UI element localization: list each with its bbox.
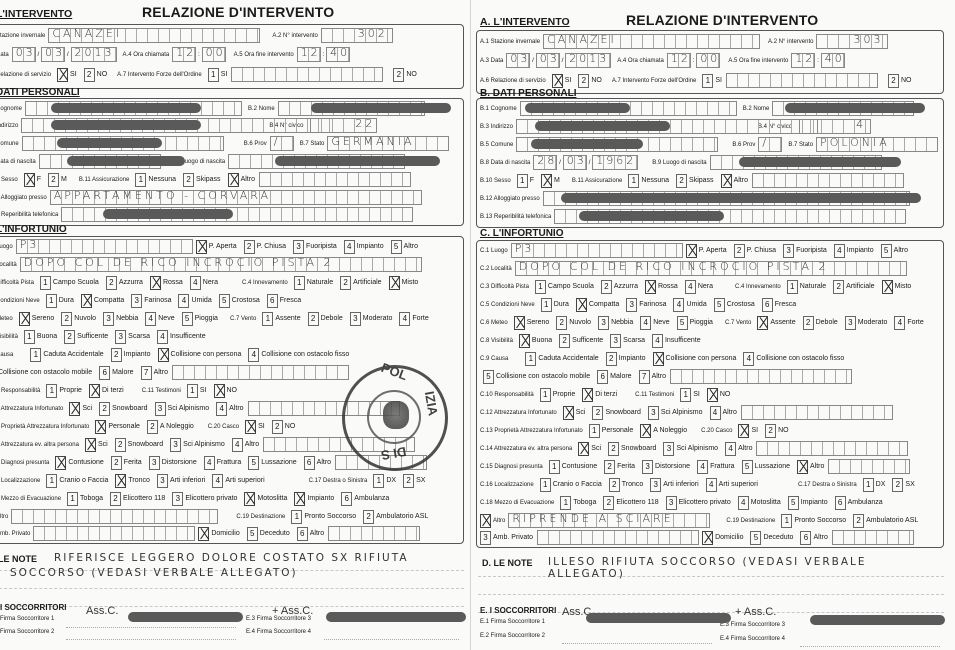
ora-fine-m[interactable]: 40	[326, 47, 350, 62]
inn-1[interactable]: 1	[294, 276, 305, 290]
resp-2[interactable]: 2	[89, 384, 100, 398]
reperibilita-label: B.13 Reperibilità telefonica	[480, 214, 551, 220]
dest-5[interactable]: 5	[750, 531, 761, 545]
responsabilita-label: 0 Responsabilità	[0, 388, 40, 394]
dest-altro-field[interactable]	[328, 526, 420, 541]
mezzo-label: 8 Mezzo di Evacuazione	[0, 496, 61, 502]
diag-3[interactable]: 3	[149, 456, 160, 470]
causa-7[interactable]: 7	[639, 370, 650, 384]
soccorritori-block: I SOCCORRITORI Firma Soccorritore 1 Firm…	[0, 603, 464, 648]
assicurazione-label: B.11 Assicurazione	[79, 177, 130, 183]
civico-field[interactable]: 22	[310, 118, 377, 133]
meteo-4[interactable]: 4	[640, 316, 651, 330]
test-si[interactable]: 1	[680, 388, 691, 402]
vento-4[interactable]: 4	[894, 316, 905, 330]
vento-3[interactable]: 3	[845, 316, 856, 330]
prop-2[interactable]: 2	[147, 420, 158, 434]
nascita-day[interactable]: 28	[533, 155, 557, 170]
diag-4[interactable]: 4	[697, 460, 708, 474]
causa-3[interactable]: 3	[653, 352, 664, 366]
prop-1[interactable]: 1	[589, 424, 600, 438]
stazione-field[interactable]: CANAZEI	[543, 34, 760, 49]
redaction	[586, 613, 731, 623]
mezzo-altro-field[interactable]	[11, 509, 218, 524]
diff-1[interactable]: 1	[40, 276, 51, 290]
diff-2[interactable]: 2	[106, 276, 117, 290]
luogo-label: Luogo	[0, 244, 13, 250]
nascita-month[interactable]: 03	[563, 155, 587, 170]
loc-4[interactable]: 4	[212, 474, 223, 488]
inn-3[interactable]: 3	[389, 276, 400, 290]
attr-altra-label: 4 Attrezzatura ev. altra persona	[0, 442, 79, 448]
altra-2[interactable]: 2	[115, 438, 126, 452]
attr-4[interactable]: 4	[216, 402, 227, 416]
diag-2[interactable]: 2	[604, 460, 615, 474]
inn-3[interactable]: 3	[882, 280, 893, 294]
test-si[interactable]: 1	[187, 384, 198, 398]
luogo-chiusa-checkbox[interactable]: 2	[244, 240, 255, 254]
vis-1[interactable]: 1	[24, 330, 35, 344]
vento-1[interactable]: 1	[757, 316, 768, 330]
dest-1[interactable]: 1	[291, 510, 302, 524]
indirizzo-label: Indirizzo	[0, 123, 18, 129]
forze-label: A.7 Intervento Forze dell'Ordine	[117, 72, 202, 78]
mezzo-label: C.18 Mezzo di Evacuazione	[480, 500, 554, 506]
prov-field[interactable]: /	[270, 136, 294, 151]
n-intervento-field[interactable]: 303	[816, 34, 888, 49]
luogo-fuoripista-checkbox[interactable]: 3	[783, 244, 794, 258]
lato-sx[interactable]: 2	[892, 478, 903, 492]
assic-altro-field[interactable]	[752, 173, 904, 188]
mezzo-4[interactable]: 4	[738, 496, 749, 510]
diff-2[interactable]: 2	[601, 280, 612, 294]
nome-label: B.2 Nome	[248, 106, 275, 112]
altra-4[interactable]: 4	[232, 438, 243, 452]
form-title: RELAZIONE D'INTERVENTO	[626, 12, 818, 28]
meteo-5[interactable]: 5	[182, 312, 193, 326]
forze-field[interactable]	[231, 67, 383, 82]
dest-6[interactable]: 6	[800, 531, 811, 545]
redaction	[275, 156, 440, 166]
stato-field[interactable]: POLONIA	[816, 137, 938, 152]
innevamento-label: C.4 Innevamento	[242, 280, 288, 286]
proprieta-label: 3 Proprietà Attrezzatura Infortunato	[0, 424, 89, 430]
test-no[interactable]: 2	[214, 384, 225, 398]
prop-2[interactable]: 2	[640, 424, 651, 438]
luogo-fuoripista-checkbox[interactable]: 3	[293, 240, 304, 254]
vento-4[interactable]: 4	[399, 312, 410, 326]
resp-1[interactable]: 1	[540, 388, 551, 402]
lato-label: C.17 Destra o Sinistra	[309, 478, 368, 484]
vento-2[interactable]: 2	[308, 312, 319, 326]
altra-3[interactable]: 3	[170, 438, 181, 452]
attr-altro-field[interactable]	[741, 405, 893, 420]
n-intervento-field[interactable]: 302	[321, 28, 393, 43]
firma3-signature: + Ass.C.	[735, 606, 776, 618]
altra-2[interactable]: 2	[608, 442, 619, 456]
notes-line-2[interactable]: SOCCORSO (VEDASI VERBALE ALLEGATO)	[10, 567, 298, 579]
relazione-si-checkbox[interactable]: 1	[552, 74, 563, 88]
diag-6[interactable]: 6	[797, 460, 808, 474]
testimoni-label: C.11 Testimoni	[635, 392, 674, 398]
causa-label: Causa	[0, 352, 13, 358]
mezzo-1[interactable]: 1	[560, 496, 571, 510]
neve-4[interactable]: 4	[178, 294, 189, 308]
n-intervento-label: A.2 N° intervento	[272, 33, 317, 39]
casco-no[interactable]: 2	[765, 424, 776, 438]
lato-sx[interactable]: 2	[403, 474, 414, 488]
attr-2[interactable]: 2	[99, 402, 110, 416]
loc-2[interactable]: 2	[609, 478, 620, 492]
mezzo-6[interactable]: 6	[835, 496, 846, 510]
lato-dx[interactable]: 1	[863, 478, 874, 492]
luogo-field[interactable]: P3	[16, 239, 193, 254]
proprieta-label: C.13 Proprietà Attrezzatura Infortunato	[480, 428, 583, 434]
meteo-4[interactable]: 4	[145, 312, 156, 326]
dest-4[interactable]: 4	[702, 531, 713, 545]
neve-3[interactable]: 3	[131, 294, 142, 308]
diag-1[interactable]: 1	[549, 460, 560, 474]
diag-3[interactable]: 3	[642, 460, 653, 474]
soccorritori-label: I SOCCORRITORI	[0, 603, 67, 612]
causa-2[interactable]: 2	[111, 348, 122, 362]
report-left: L'INTERVENTO RELAZIONE D'INTERVENTO Staz…	[0, 0, 470, 650]
loc-4[interactable]: 4	[706, 478, 717, 492]
luogo-impianto-checkbox[interactable]: 4	[344, 240, 355, 254]
dest-3[interactable]: 3	[480, 531, 491, 545]
localita-field[interactable]: DOPO COL DE RICO INCROCIO PISTA 2	[515, 261, 907, 276]
luogo-field[interactable]: P3	[511, 243, 683, 258]
dest-1[interactable]: 1	[781, 514, 792, 528]
luogo-aperta-checkbox[interactable]: 1	[686, 244, 697, 258]
forze-field[interactable]	[726, 73, 878, 88]
section-a-heading: A. L'INTERVENTO	[480, 16, 570, 28]
neve-6[interactable]: 6	[267, 294, 278, 308]
attr-3[interactable]: 3	[155, 402, 166, 416]
causa-1[interactable]: 1	[30, 348, 41, 362]
mezzo-1[interactable]: 1	[67, 492, 78, 506]
cognome-label: B.1 Cognome	[480, 106, 517, 112]
meteo-label: Meteo	[0, 316, 13, 322]
relazione-si-checkbox[interactable]: 1	[57, 68, 68, 82]
comune-label: B.5 Comune	[480, 142, 513, 148]
section-a-heading: L'INTERVENTO	[0, 8, 72, 20]
forze-si-checkbox[interactable]: 1	[702, 74, 713, 88]
amb-privato-field[interactable]	[537, 530, 699, 545]
diff-3[interactable]: 3	[645, 280, 656, 294]
assic-altro-field[interactable]	[259, 172, 411, 187]
redaction	[535, 121, 670, 131]
stato-field[interactable]: GERMANIA	[327, 136, 449, 151]
report-right: A. L'INTERVENTO RELAZIONE D'INTERVENTO A…	[476, 0, 950, 650]
luogo-chiusa-checkbox[interactable]: 2	[734, 244, 745, 258]
redaction	[525, 103, 630, 113]
vis-3[interactable]: 3	[115, 330, 126, 344]
ora-fine-h[interactable]: 12	[791, 53, 815, 68]
mezzo-5[interactable]: 5	[294, 492, 305, 506]
difficolta-label: C.3 Difficoltà Pista	[480, 284, 529, 290]
form-title: RELAZIONE D'INTERVENTO	[142, 4, 334, 20]
dest-6[interactable]: 6	[297, 527, 308, 541]
nascita-label: Data di nascita	[0, 159, 36, 165]
vis-2[interactable]: 2	[559, 334, 570, 348]
indirizzo-label: B.3 Indirizzo	[480, 124, 513, 130]
assic-nessuna-checkbox[interactable]: 1	[628, 174, 639, 188]
assic-skipass-checkbox[interactable]: 2	[676, 174, 687, 188]
mezzo-6[interactable]: 6	[341, 492, 352, 506]
notes-block: D. LE NOTE ILLESO RIFIUTA SOCCORSO (VEDA…	[478, 554, 944, 604]
causa-altro-field[interactable]	[670, 369, 852, 384]
mezzo-2[interactable]: 2	[110, 492, 121, 506]
mezzo-altro-checkbox[interactable]: 7	[480, 514, 491, 528]
neve-label: C.5 Condizioni Neve	[480, 302, 535, 308]
assic-nessuna-checkbox[interactable]: 1	[135, 173, 146, 187]
neve-1[interactable]: 1	[541, 298, 552, 312]
redaction	[326, 612, 466, 622]
attrezzatura-label: C.12 Attrezzatura Infortunato	[480, 410, 557, 416]
causa-5[interactable]: 5	[483, 370, 494, 384]
diff-3[interactable]: 3	[150, 276, 161, 290]
mezzo-3[interactable]: 3	[666, 496, 677, 510]
causa-7[interactable]: 7	[141, 366, 152, 380]
nascita-year[interactable]: 1962	[592, 155, 638, 170]
sesso-label: 0 Sesso	[0, 177, 18, 183]
visibilita-label: Visibilità	[0, 334, 18, 340]
section-c-heading: C. L'INFORTUNIO	[480, 228, 563, 239]
redaction	[128, 612, 243, 622]
attr-1[interactable]: 1	[69, 402, 80, 416]
localita-field[interactable]: DOPO COL DE RICO INCROCIO PISTA 2	[20, 257, 422, 272]
vis-3[interactable]: 3	[610, 334, 621, 348]
assic-altro-checkbox[interactable]: 3	[721, 174, 732, 188]
diff-4[interactable]: 4	[685, 280, 696, 294]
nome-label: B.2 Nome	[743, 106, 770, 112]
data-year-field[interactable]: 2013	[71, 47, 117, 62]
redaction	[51, 120, 201, 130]
firma4-label: E.4 Firma Soccorritore 4	[246, 629, 311, 635]
altro-label: Altro	[493, 518, 505, 524]
attr-2[interactable]: 2	[592, 406, 603, 420]
causa-2[interactable]: 2	[606, 352, 617, 366]
diag-1[interactable]: 1	[55, 456, 66, 470]
altra-altro-field[interactable]	[756, 441, 908, 456]
assicurazione-label: B.11 Assicurazione	[572, 178, 623, 184]
luogo-altro-checkbox[interactable]: 5	[391, 240, 402, 254]
assic-skipass-checkbox[interactable]: 2	[183, 173, 194, 187]
ora-fine-h[interactable]: 12	[297, 47, 321, 62]
localita-label: C.2 Località	[480, 266, 512, 272]
data-month-field[interactable]: 03	[41, 47, 65, 62]
sesso-f-checkbox[interactable]: 1	[24, 173, 35, 187]
sesso-f-checkbox[interactable]: 1	[517, 174, 528, 188]
soccorritori-block: E. I SOCCORRITORI E.1 Firma Soccorritore…	[480, 606, 944, 650]
dest-2[interactable]: 2	[853, 514, 864, 528]
forze-si-checkbox[interactable]: 1	[208, 68, 219, 82]
neve-5[interactable]: 5	[219, 294, 230, 308]
amb-privato-field[interactable]	[33, 526, 195, 541]
neve-6[interactable]: 6	[762, 298, 773, 312]
attr-3[interactable]: 3	[648, 406, 659, 420]
vento-2[interactable]: 2	[803, 316, 814, 330]
vento-1[interactable]: 1	[262, 312, 273, 326]
altra-1[interactable]: 1	[85, 438, 96, 452]
data-day-field[interactable]: 03	[506, 53, 530, 68]
prov-field[interactable]: /	[758, 137, 782, 152]
dest-5[interactable]: 5	[247, 527, 258, 541]
dest-altro-field[interactable]	[832, 530, 914, 545]
sesso-label: B.10 Sesso	[480, 178, 511, 184]
causa-3[interactable]: 3	[158, 348, 169, 362]
diag-2[interactable]: 2	[111, 456, 122, 470]
neve-2[interactable]: 2	[81, 294, 92, 308]
dest-2[interactable]: 2	[363, 510, 374, 524]
meteo-3[interactable]: 3	[103, 312, 114, 326]
causa-altro-field[interactable]	[172, 365, 349, 380]
altra-1[interactable]: 1	[578, 442, 589, 456]
diag-5[interactable]: 5	[248, 456, 259, 470]
loc-3[interactable]: 3	[650, 478, 661, 492]
prop-1[interactable]: 1	[95, 420, 106, 434]
mezzo-5[interactable]: 5	[788, 496, 799, 510]
firma3-label: E.3 Firma Soccorritore 3	[720, 622, 785, 628]
redaction	[810, 615, 945, 625]
casco-si[interactable]: 1	[245, 420, 256, 434]
destinazione-label: C.19 Destinazione	[236, 514, 285, 520]
neve-3[interactable]: 3	[626, 298, 637, 312]
stazione-field[interactable]: CANAZEI	[48, 28, 260, 43]
firma2-label: E.2 Firma Soccorritore 2	[480, 633, 545, 639]
meteo-2[interactable]: 2	[61, 312, 72, 326]
luogo-aperta-checkbox[interactable]: 1	[196, 240, 207, 254]
casco-no[interactable]: 2	[272, 420, 283, 434]
loc-1[interactable]: 1	[540, 478, 551, 492]
test-no[interactable]: 2	[707, 388, 718, 402]
mezzo-4[interactable]: 4	[244, 492, 255, 506]
resp-2[interactable]: 2	[582, 388, 593, 402]
mezzo-2[interactable]: 2	[603, 496, 614, 510]
relazione-no-checkbox[interactable]: 2	[578, 74, 589, 88]
neve-5[interactable]: 5	[714, 298, 725, 312]
data-label: Data	[0, 52, 9, 58]
relazione-no-checkbox[interactable]: 2	[84, 68, 95, 82]
inn-1[interactable]: 1	[787, 280, 798, 294]
resp-1[interactable]: 1	[46, 384, 57, 398]
loc-2[interactable]: 2	[115, 474, 126, 488]
vento-3[interactable]: 3	[350, 312, 361, 326]
data-year-field[interactable]: 2013	[565, 53, 611, 68]
section-c-box: C.1 Luogo P3 1P. Aperta 2P. Chiusa 3Fuor…	[476, 240, 944, 548]
ora-chiamata-m[interactable]: 00	[202, 47, 226, 62]
alloggiato-field[interactable]: APPARTAMENTO - CORVARA	[50, 190, 422, 205]
redaction	[739, 157, 901, 167]
neve-1[interactable]: 1	[46, 294, 57, 308]
vis-2[interactable]: 2	[64, 330, 75, 344]
inn-2[interactable]: 2	[340, 276, 351, 290]
ora-fine-m[interactable]: 40	[821, 53, 845, 68]
innevamento-label: C.4 Innevamento	[735, 284, 781, 290]
luogo-impianto-checkbox[interactable]: 4	[834, 244, 845, 258]
page-divider	[470, 0, 471, 650]
header-left: L'INTERVENTO RELAZIONE D'INTERVENTO	[0, 4, 470, 20]
section-a-box: A.1 Stazione invernale CANAZEI A.2 N° in…	[476, 30, 944, 94]
notes-line-1[interactable]: ILLESO RIFIUTA SOCCORSO (VEDASI VERBALE …	[548, 556, 944, 580]
ora-chiamata-m[interactable]: 00	[696, 53, 720, 68]
meteo-5[interactable]: 5	[677, 316, 688, 330]
diag-4[interactable]: 4	[204, 456, 215, 470]
mezzo-3[interactable]: 3	[172, 492, 183, 506]
casco-label: C.20 Casco	[208, 424, 239, 430]
visibilita-label: C.8 Visibilità	[480, 338, 513, 344]
section-b-box: Cognome B.2 Nome Indirizzo B.4 N° civico…	[0, 98, 464, 226]
localizzazione-label: 6 Localizzazione	[0, 478, 40, 484]
neve-2[interactable]: 2	[576, 298, 587, 312]
ora-chiamata-h[interactable]: 12	[172, 47, 196, 62]
diag-6[interactable]: 6	[304, 456, 315, 470]
meteo-2[interactable]: 2	[556, 316, 567, 330]
vis-1[interactable]: 1	[519, 334, 530, 348]
ora-chiamata-label: A.4 Ora chiamata	[617, 58, 664, 64]
causa-4[interactable]: 4	[248, 348, 259, 362]
meteo-1[interactable]: 1	[19, 312, 30, 326]
notes-line-1[interactable]: RIFERISCE LEGGERO DOLORE COSTATO SX RIFI…	[54, 552, 409, 564]
data-month-field[interactable]: 03	[536, 53, 560, 68]
mezzo-altro-field[interactable]: RIPRENDE A SCIARE	[508, 513, 710, 528]
diagnosi-label: C.15 Diagnosi presunta	[480, 464, 543, 470]
lato-dx[interactable]: 1	[373, 474, 384, 488]
loc-3[interactable]: 3	[157, 474, 168, 488]
attr-4[interactable]: 4	[710, 406, 721, 420]
stato-label: B.7 Stato	[788, 142, 813, 148]
causa-6[interactable]: 6	[99, 366, 110, 380]
sesso-m-checkbox[interactable]: 2	[48, 173, 59, 187]
neve-4[interactable]: 4	[673, 298, 684, 312]
meteo-1[interactable]: 1	[514, 316, 525, 330]
forze-no-checkbox[interactable]: 2	[393, 68, 404, 82]
data-day-field[interactable]: 03	[12, 47, 36, 62]
assic-altro-checkbox[interactable]: 3	[228, 173, 239, 187]
civico-field[interactable]: 4	[799, 119, 871, 134]
luogo-nascita-label: B.9 Luogo di nascita	[652, 160, 706, 166]
attr-1[interactable]: 1	[563, 406, 574, 420]
ora-chiamata-h[interactable]: 12	[667, 53, 691, 68]
section-a-box: Stazione invernale CANAZEI A.2 N° interv…	[0, 24, 464, 89]
redaction	[51, 103, 201, 113]
causa-1[interactable]: 1	[525, 352, 536, 366]
diff-1[interactable]: 1	[535, 280, 546, 294]
prov-label: B.6 Prov	[732, 142, 755, 148]
causa-4[interactable]: 4	[743, 352, 754, 366]
diag-5[interactable]: 5	[742, 460, 753, 474]
causa-6[interactable]: 6	[597, 370, 608, 384]
loc-1[interactable]: 1	[46, 474, 57, 488]
vis-4[interactable]: 4	[157, 330, 168, 344]
luogo-altro-checkbox[interactable]: 5	[881, 244, 892, 258]
meteo-3[interactable]: 3	[598, 316, 609, 330]
vis-4[interactable]: 4	[652, 334, 663, 348]
altra-3[interactable]: 3	[663, 442, 674, 456]
altra-4[interactable]: 4	[725, 442, 736, 456]
forze-no-checkbox[interactable]: 2	[888, 74, 899, 88]
amb-privato-label: Amb. Privato	[0, 531, 30, 537]
diag-altro-field[interactable]	[828, 459, 910, 474]
section-b-heading: DATI PERSONALI	[0, 87, 80, 98]
sesso-m-checkbox[interactable]: 2	[541, 174, 552, 188]
dest-4[interactable]: 4	[198, 527, 209, 541]
firma3-signature: + Ass.C.	[272, 605, 313, 617]
diff-4[interactable]: 4	[190, 276, 201, 290]
inn-2[interactable]: 2	[833, 280, 844, 294]
casco-si[interactable]: 1	[738, 424, 749, 438]
